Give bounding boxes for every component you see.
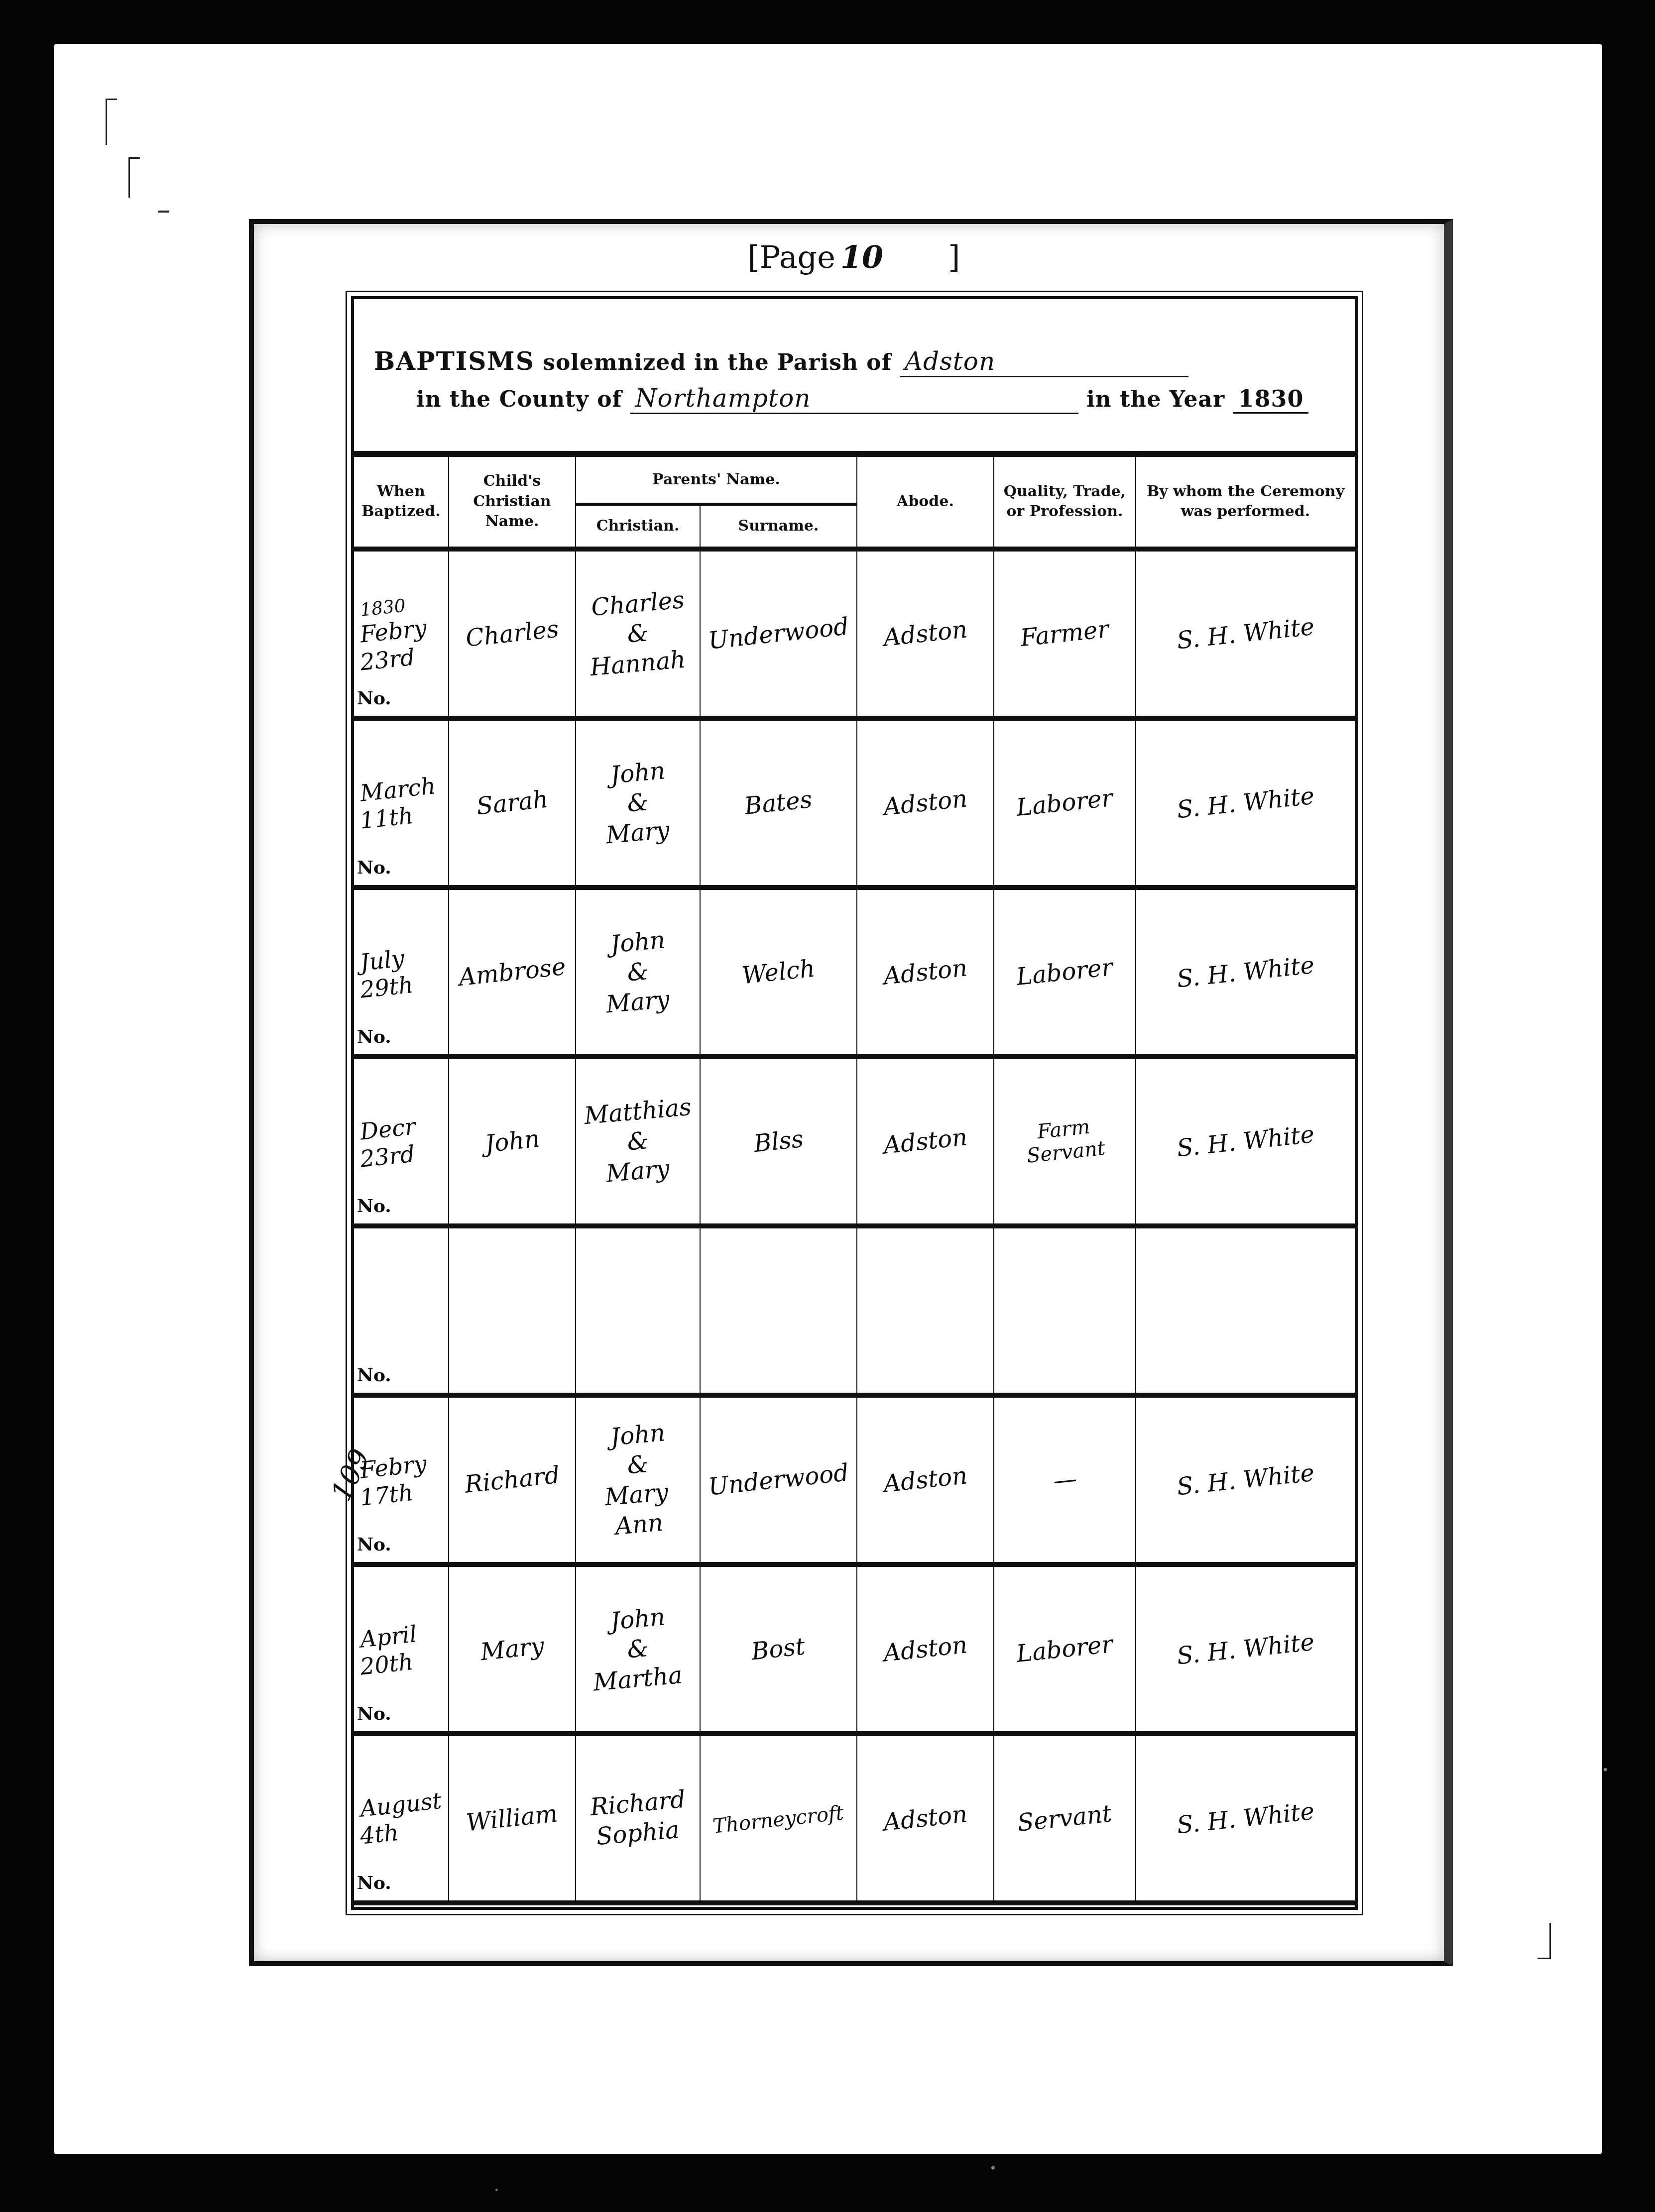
col-parents-surname: Surname.: [700, 504, 857, 549]
cell-child: John: [449, 1057, 576, 1226]
cell-child: Charles: [449, 549, 576, 718]
baptism-register-form: 109 BAPTISMS solemnized in the Parish of…: [351, 296, 1358, 1910]
crop-mark: [1537, 1923, 1551, 1959]
cell-parents-christian: [576, 1226, 700, 1395]
cell-by-whom: S. H. White: [1136, 887, 1355, 1057]
cell-parents-christian: RichardSophia: [576, 1734, 700, 1903]
table-row: July 29th No. Ambrose John&Mary Welch Ad…: [354, 887, 1355, 1057]
cell-when: August 4th No.: [354, 1734, 449, 1903]
cell-abode: Adston: [857, 718, 994, 887]
cell-quality: Laborer: [994, 887, 1136, 1057]
crop-mark: [106, 99, 117, 145]
parish-field: Adston: [900, 347, 1188, 377]
table-row: 1830 Febry 23rd No. Charles Charles&Hann…: [354, 549, 1355, 718]
cell-when: Febry 17th No.: [354, 1395, 449, 1564]
cell-abode: [857, 1226, 994, 1395]
title-baptisms: BAPTISMS: [374, 346, 535, 376]
table-row: Febry 17th No. Richard John&Mary Ann Und…: [354, 1395, 1355, 1564]
cell-surname: Welch: [700, 887, 857, 1057]
cell-child: [449, 1226, 576, 1395]
cell-by-whom: S. H. White: [1136, 1395, 1355, 1564]
cell-surname: Blss: [700, 1057, 857, 1226]
cell-by-whom: [1136, 1226, 1355, 1395]
cell-parents-christian: John&Mary: [576, 718, 700, 887]
entry-number-label: No.: [357, 1196, 391, 1217]
entry-number-label: No.: [357, 1703, 391, 1724]
cell-quality: Farmer: [994, 549, 1136, 718]
entry-number-label: No.: [357, 1026, 391, 1047]
cell-parents-christian: John&Mary: [576, 887, 700, 1057]
cell-by-whom: S. H. White: [1136, 718, 1355, 887]
col-when-baptized: When Baptized.: [354, 457, 449, 549]
cell-child: Ambrose: [449, 887, 576, 1057]
cell-abode: Adston: [857, 1564, 994, 1734]
cell-quality: Servant: [994, 1734, 1136, 1903]
cell-surname: Underwood: [700, 1395, 857, 1564]
register-page: [Page10] 109 BAPTISMS solemnized in the …: [249, 219, 1453, 1966]
cell-when: July 29th No.: [354, 887, 449, 1057]
year-field: 1830: [1233, 385, 1308, 414]
cell-when: 1830 Febry 23rd No.: [354, 549, 449, 718]
entry-number-label: No.: [357, 688, 391, 709]
crop-mark: [158, 211, 169, 213]
cell-parents-christian: Matthias&Mary: [576, 1057, 700, 1226]
cell-quality: [994, 1226, 1136, 1395]
cell-parents-christian: John&Mary Ann: [576, 1395, 700, 1564]
cell-quality: Farm Servant: [994, 1057, 1136, 1226]
cell-parents-christian: John&Martha: [576, 1564, 700, 1734]
cell-abode: Adston: [857, 549, 994, 718]
cell-abode: Adston: [857, 1734, 994, 1903]
table-row-empty: No.: [354, 1226, 1355, 1395]
cell-quality: Laborer: [994, 718, 1136, 887]
cell-surname: Thorneycroft: [700, 1734, 857, 1903]
col-abode: Abode.: [857, 457, 994, 549]
col-parents-christian: Christian.: [576, 504, 700, 549]
cell-when: No.: [354, 1226, 449, 1395]
col-parents-name: Parents' Name.: [576, 457, 857, 504]
cell-abode: Adston: [857, 887, 994, 1057]
cell-when: April 20th No.: [354, 1564, 449, 1734]
cell-quality: Laborer: [994, 1564, 1136, 1734]
cell-abode: Adston: [857, 1395, 994, 1564]
county-field: Northampton: [630, 384, 1078, 414]
col-quality: Quality, Trade, or Profession.: [994, 457, 1136, 549]
cell-surname: Bates: [700, 718, 857, 887]
cell-child: Sarah: [449, 718, 576, 887]
cell-surname: [700, 1226, 857, 1395]
cell-child: William: [449, 1734, 576, 1903]
cell-parents-christian: Charles&Hannah: [576, 549, 700, 718]
cell-when: Decr 23rd No.: [354, 1057, 449, 1226]
cell-child: Mary: [449, 1564, 576, 1734]
table-row: April 20th No. Mary John&Martha Bost Ads…: [354, 1564, 1355, 1734]
cell-by-whom: S. H. White: [1136, 549, 1355, 718]
cell-surname: Underwood: [700, 549, 857, 718]
table-row: Decr 23rd No. John Matthias&Mary Blss Ad…: [354, 1057, 1355, 1226]
entry-number-label: No.: [357, 1365, 391, 1386]
col-by-whom: By whom the Ceremony was performed.: [1136, 457, 1355, 549]
entry-number-label: No.: [357, 857, 391, 878]
crop-mark: [128, 157, 140, 198]
cell-by-whom: S. H. White: [1136, 1057, 1355, 1226]
cell-by-whom: S. H. White: [1136, 1564, 1355, 1734]
cell-by-whom: S. H. White: [1136, 1734, 1355, 1903]
cell-abode: Adston: [857, 1057, 994, 1226]
table-row: March 11th No. Sarah John&Mary Bates Ads…: [354, 718, 1355, 887]
page-number: [Page10]: [276, 239, 1431, 275]
cell-surname: Bost: [700, 1564, 857, 1734]
page-number-value: 10: [840, 239, 883, 275]
cell-when: March 11th No.: [354, 718, 449, 887]
register-table: When Baptized. Child's Christian Name. P…: [354, 457, 1355, 1905]
cell-child: Richard: [449, 1395, 576, 1564]
table-row: August 4th No. William RichardSophia Tho…: [354, 1734, 1355, 1903]
form-title: BAPTISMS solemnized in the Parish of Ads…: [354, 299, 1355, 457]
entry-number-label: No.: [357, 1534, 391, 1555]
cell-quality: —: [994, 1395, 1136, 1564]
col-child-name: Child's Christian Name.: [449, 457, 576, 549]
entry-number-label: No.: [357, 1873, 391, 1893]
